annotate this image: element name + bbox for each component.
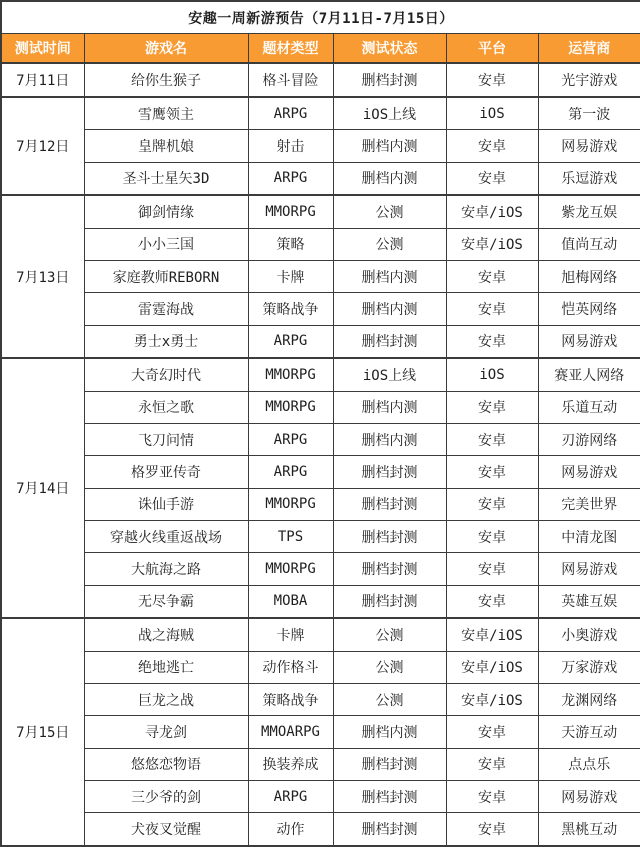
publisher-cell: 乐道互动	[538, 391, 640, 423]
genre-cell: MMORPG	[248, 488, 333, 520]
genre-cell: ARPG	[248, 162, 333, 195]
status-cell: 删档封测	[333, 456, 446, 488]
publisher-cell: 乐逗游戏	[538, 162, 640, 195]
table-row: 绝地逃亡 动作格斗 公测 安卓/iOS 万家游戏	[1, 651, 640, 683]
publisher-cell: 天游互动	[538, 716, 640, 748]
status-cell: 删档封测	[333, 813, 446, 846]
game-name-cell: 穿越火线重返战场	[84, 521, 248, 553]
genre-cell: ARPG	[248, 780, 333, 812]
game-name-cell: 御剑情缘	[84, 195, 248, 228]
game-name-cell: 雪鹰领主	[84, 97, 248, 130]
publisher-cell: 英雄互娱	[538, 585, 640, 618]
platform-cell: iOS	[446, 97, 538, 130]
platform-cell: 安卓	[446, 325, 538, 358]
column-header-time: 测试时间	[1, 34, 84, 64]
publisher-cell: 赛亚人网络	[538, 358, 640, 391]
publisher-cell: 旭梅网络	[538, 261, 640, 293]
game-name-cell: 家庭教师REBORN	[84, 261, 248, 293]
game-name-cell: 永恒之歌	[84, 391, 248, 423]
table-row: 犬夜叉觉醒 动作 删档封测 安卓 黑桃互动	[1, 813, 640, 846]
game-name-cell: 小小三国	[84, 228, 248, 260]
table-row: 悠悠恋物语 换装养成 删档封测 安卓 点点乐	[1, 748, 640, 780]
publisher-cell: 中清龙图	[538, 521, 640, 553]
table-row: 7月11日 给你生猴子 格斗冒险 删档封测 安卓 光宇游戏	[1, 63, 640, 97]
game-name-cell: 悠悠恋物语	[84, 748, 248, 780]
table-row: 圣斗士星矢3D ARPG 删档内测 安卓 乐逗游戏	[1, 162, 640, 195]
platform-cell: 安卓	[446, 456, 538, 488]
game-name-cell: 无尽争霸	[84, 585, 248, 618]
genre-cell: 卡牌	[248, 261, 333, 293]
column-header-status: 测试状态	[333, 34, 446, 64]
game-name-cell: 格罗亚传奇	[84, 456, 248, 488]
platform-cell: 安卓	[446, 780, 538, 812]
publisher-cell: 龙渊网络	[538, 684, 640, 716]
status-cell: 删档内测	[333, 391, 446, 423]
weekly-new-games-table: 安趣一周新游预告（7月11日-7月15日） 测试时间 游戏名 题材类型 测试状态…	[0, 0, 640, 847]
game-name-cell: 战之海贼	[84, 618, 248, 651]
game-name-cell: 三少爷的剑	[84, 780, 248, 812]
game-name-cell: 大航海之路	[84, 553, 248, 585]
column-header-game: 游戏名	[84, 34, 248, 64]
genre-cell: 格斗冒险	[248, 63, 333, 97]
platform-cell: 安卓	[446, 130, 538, 162]
table-row: 7月14日 大奇幻时代 MMORPG iOS上线 iOS 赛亚人网络	[1, 358, 640, 391]
table-row: 寻龙剑 MMOARPG 删档内测 安卓 天游互动	[1, 716, 640, 748]
table-row: 格罗亚传奇 ARPG 删档封测 安卓 网易游戏	[1, 456, 640, 488]
date-cell: 7月11日	[1, 63, 84, 97]
publisher-cell: 第一波	[538, 97, 640, 130]
genre-cell: MMOARPG	[248, 716, 333, 748]
publisher-cell: 光宇游戏	[538, 63, 640, 97]
publisher-cell: 刃游网络	[538, 424, 640, 456]
genre-cell: 卡牌	[248, 618, 333, 651]
platform-cell: 安卓	[446, 162, 538, 195]
status-cell: 删档封测	[333, 63, 446, 97]
title-row: 安趣一周新游预告（7月11日-7月15日）	[1, 1, 640, 34]
genre-cell: MOBA	[248, 585, 333, 618]
status-cell: 删档封测	[333, 325, 446, 358]
genre-cell: TPS	[248, 521, 333, 553]
status-cell: 删档封测	[333, 553, 446, 585]
column-header-publisher: 运营商	[538, 34, 640, 64]
table-row: 永恒之歌 MMORPG 删档内测 安卓 乐道互动	[1, 391, 640, 423]
table-title: 安趣一周新游预告（7月11日-7月15日）	[1, 1, 640, 34]
platform-cell: 安卓	[446, 293, 538, 325]
table-row: 7月13日 御剑情缘 MMORPG 公测 安卓/iOS 紫龙互娱	[1, 195, 640, 228]
status-cell: 公测	[333, 228, 446, 260]
game-name-cell: 犬夜叉觉醒	[84, 813, 248, 846]
platform-cell: 安卓	[446, 585, 538, 618]
table-row: 雷霆海战 策略战争 删档内测 安卓 恺英网络	[1, 293, 640, 325]
publisher-cell: 网易游戏	[538, 325, 640, 358]
genre-cell: ARPG	[248, 97, 333, 130]
table-row: 诛仙手游 MMORPG 删档封测 安卓 完美世界	[1, 488, 640, 520]
date-cell: 7月14日	[1, 358, 84, 618]
status-cell: 删档内测	[333, 716, 446, 748]
genre-cell: 换装养成	[248, 748, 333, 780]
platform-cell: 安卓/iOS	[446, 651, 538, 683]
table-row: 勇士x勇士 ARPG 删档封测 安卓 网易游戏	[1, 325, 640, 358]
platform-cell: 安卓	[446, 488, 538, 520]
platform-cell: 安卓	[446, 424, 538, 456]
game-name-cell: 寻龙剑	[84, 716, 248, 748]
date-cell: 7月12日	[1, 97, 84, 195]
game-name-cell: 雷霆海战	[84, 293, 248, 325]
platform-cell: 安卓	[446, 748, 538, 780]
status-cell: 公测	[333, 618, 446, 651]
genre-cell: ARPG	[248, 424, 333, 456]
column-header-genre: 题材类型	[248, 34, 333, 64]
game-name-cell: 圣斗士星矢3D	[84, 162, 248, 195]
status-cell: 删档内测	[333, 424, 446, 456]
table-row: 小小三国 策略 公测 安卓/iOS 值尚互动	[1, 228, 640, 260]
game-name-cell: 诛仙手游	[84, 488, 248, 520]
publisher-cell: 网易游戏	[538, 553, 640, 585]
status-cell: 删档内测	[333, 162, 446, 195]
genre-cell: MMORPG	[248, 358, 333, 391]
platform-cell: 安卓/iOS	[446, 228, 538, 260]
platform-cell: iOS	[446, 358, 538, 391]
status-cell: 删档封测	[333, 585, 446, 618]
game-name-cell: 给你生猴子	[84, 63, 248, 97]
genre-cell: 动作	[248, 813, 333, 846]
genre-cell: MMORPG	[248, 391, 333, 423]
game-name-cell: 勇士x勇士	[84, 325, 248, 358]
genre-cell: 策略	[248, 228, 333, 260]
status-cell: 删档内测	[333, 261, 446, 293]
status-cell: 公测	[333, 195, 446, 228]
game-name-cell: 飞刀问情	[84, 424, 248, 456]
status-cell: 删档内测	[333, 130, 446, 162]
platform-cell: 安卓	[446, 716, 538, 748]
table-row: 飞刀问情 ARPG 删档内测 安卓 刃游网络	[1, 424, 640, 456]
table-row: 巨龙之战 策略战争 公测 安卓/iOS 龙渊网络	[1, 684, 640, 716]
platform-cell: 安卓/iOS	[446, 618, 538, 651]
table-row: 大航海之路 MMORPG 删档封测 安卓 网易游戏	[1, 553, 640, 585]
table-row: 皇牌机娘 射击 删档内测 安卓 网易游戏	[1, 130, 640, 162]
platform-cell: 安卓/iOS	[446, 684, 538, 716]
platform-cell: 安卓	[446, 391, 538, 423]
table-row: 家庭教师REBORN 卡牌 删档内测 安卓 旭梅网络	[1, 261, 640, 293]
publisher-cell: 完美世界	[538, 488, 640, 520]
status-cell: 公测	[333, 651, 446, 683]
status-cell: iOS上线	[333, 97, 446, 130]
publisher-cell: 黑桃互动	[538, 813, 640, 846]
table-row: 7月15日 战之海贼 卡牌 公测 安卓/iOS 小奥游戏	[1, 618, 640, 651]
status-cell: 删档封测	[333, 521, 446, 553]
publisher-cell: 值尚互动	[538, 228, 640, 260]
date-cell: 7月15日	[1, 618, 84, 846]
status-cell: 删档内测	[333, 293, 446, 325]
column-header-platform: 平台	[446, 34, 538, 64]
game-name-cell: 皇牌机娘	[84, 130, 248, 162]
genre-cell: 策略战争	[248, 684, 333, 716]
table-row: 无尽争霸 MOBA 删档封测 安卓 英雄互娱	[1, 585, 640, 618]
publisher-cell: 网易游戏	[538, 456, 640, 488]
platform-cell: 安卓	[446, 261, 538, 293]
status-cell: 公测	[333, 684, 446, 716]
header-row: 测试时间 游戏名 题材类型 测试状态 平台 运营商	[1, 34, 640, 64]
genre-cell: MMORPG	[248, 553, 333, 585]
publisher-cell: 小奥游戏	[538, 618, 640, 651]
status-cell: 删档封测	[333, 488, 446, 520]
game-name-cell: 绝地逃亡	[84, 651, 248, 683]
platform-cell: 安卓	[446, 63, 538, 97]
platform-cell: 安卓	[446, 553, 538, 585]
genre-cell: MMORPG	[248, 195, 333, 228]
schedule-table: 安趣一周新游预告（7月11日-7月15日） 测试时间 游戏名 题材类型 测试状态…	[0, 0, 640, 847]
game-name-cell: 巨龙之战	[84, 684, 248, 716]
genre-cell: 动作格斗	[248, 651, 333, 683]
publisher-cell: 万家游戏	[538, 651, 640, 683]
publisher-cell: 网易游戏	[538, 130, 640, 162]
publisher-cell: 网易游戏	[538, 780, 640, 812]
table-row: 7月12日 雪鹰领主 ARPG iOS上线 iOS 第一波	[1, 97, 640, 130]
platform-cell: 安卓	[446, 521, 538, 553]
publisher-cell: 点点乐	[538, 748, 640, 780]
platform-cell: 安卓	[446, 813, 538, 846]
genre-cell: ARPG	[248, 456, 333, 488]
table-row: 三少爷的剑 ARPG 删档封测 安卓 网易游戏	[1, 780, 640, 812]
publisher-cell: 恺英网络	[538, 293, 640, 325]
game-name-cell: 大奇幻时代	[84, 358, 248, 391]
genre-cell: 射击	[248, 130, 333, 162]
table-row: 穿越火线重返战场 TPS 删档封测 安卓 中清龙图	[1, 521, 640, 553]
publisher-cell: 紫龙互娱	[538, 195, 640, 228]
status-cell: 删档封测	[333, 748, 446, 780]
genre-cell: ARPG	[248, 325, 333, 358]
platform-cell: 安卓/iOS	[446, 195, 538, 228]
date-cell: 7月13日	[1, 195, 84, 358]
status-cell: 删档封测	[333, 780, 446, 812]
status-cell: iOS上线	[333, 358, 446, 391]
genre-cell: 策略战争	[248, 293, 333, 325]
